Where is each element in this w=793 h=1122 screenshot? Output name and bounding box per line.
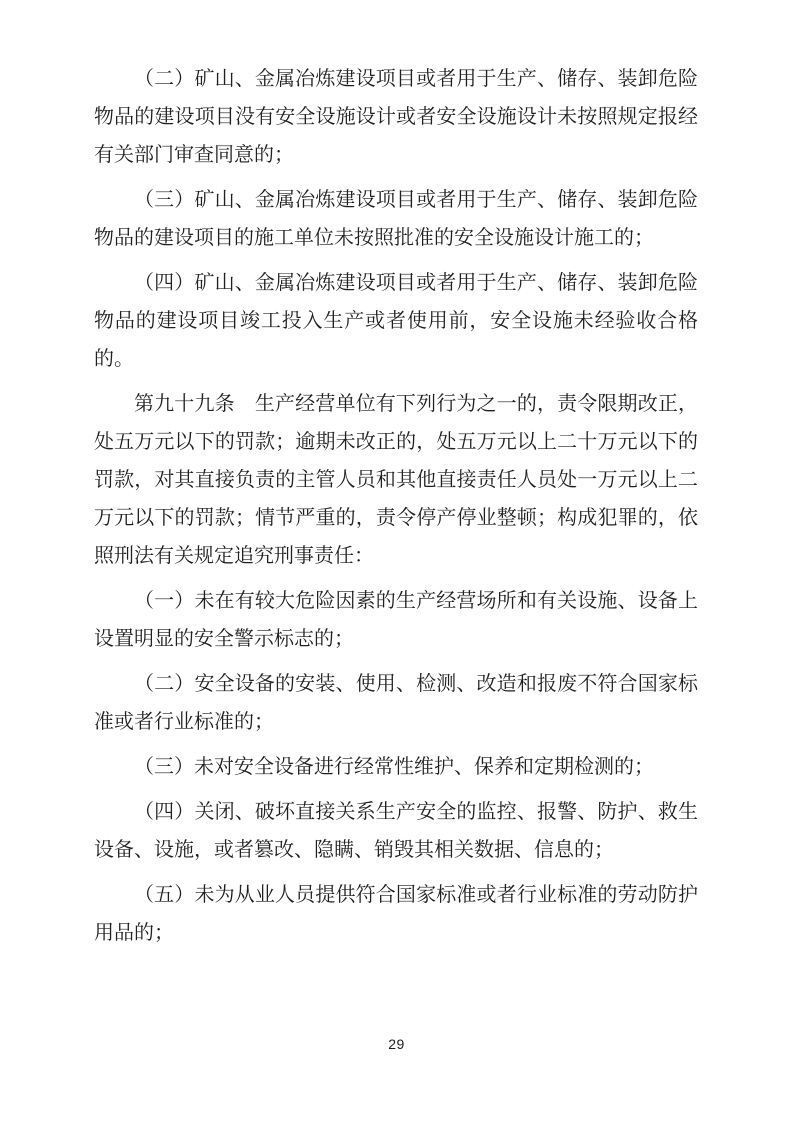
paragraph-article-99-item-5: （五）未为从业人员提供符合国家标准或者行业标准的劳动防护用品的； xyxy=(94,876,698,952)
paragraph-article-99-item-4: （四）关闭、破坏直接关系生产安全的监控、报警、防护、救生设备、设施，或者篡改、隐… xyxy=(94,793,698,869)
paragraph-article-99-item-1: （一）未在有较大危险因素的生产经营场所和有关设施、设备上设置明显的安全警示标志的… xyxy=(94,582,698,658)
paragraph-item-3-construction-unit: （三）矿山、金属冶炼建设项目或者用于生产、储存、装卸危险物品的建设项目的施工单位… xyxy=(94,181,698,257)
paragraph-article-99: 第九十九条 生产经营单位有下列行为之一的，责令限期改正，处五万元以下的罚款；逾期… xyxy=(94,385,698,575)
paragraph-item-4-acceptance: （四）矿山、金属冶炼建设项目或者用于生产、储存、装卸危险物品的建设项目竣工投入生… xyxy=(94,264,698,378)
document-page: （二）矿山、金属冶炼建设项目或者用于生产、储存、装卸危险物品的建设项目没有安全设… xyxy=(0,0,793,1122)
paragraph-article-99-item-2: （二）安全设备的安装、使用、检测、改造和报废不符合国家标准或者行业标准的； xyxy=(94,665,698,741)
paragraph-item-2-mining-design: （二）矿山、金属冶炼建设项目或者用于生产、储存、装卸危险物品的建设项目没有安全设… xyxy=(94,60,698,174)
document-body: （二）矿山、金属冶炼建设项目或者用于生产、储存、装卸危险物品的建设项目没有安全设… xyxy=(94,60,698,959)
page-footer: 29 xyxy=(0,1036,793,1054)
page-number: 29 xyxy=(388,1036,405,1052)
paragraph-article-99-item-3: （三）未对安全设备进行经常性维护、保养和定期检测的； xyxy=(94,748,698,786)
